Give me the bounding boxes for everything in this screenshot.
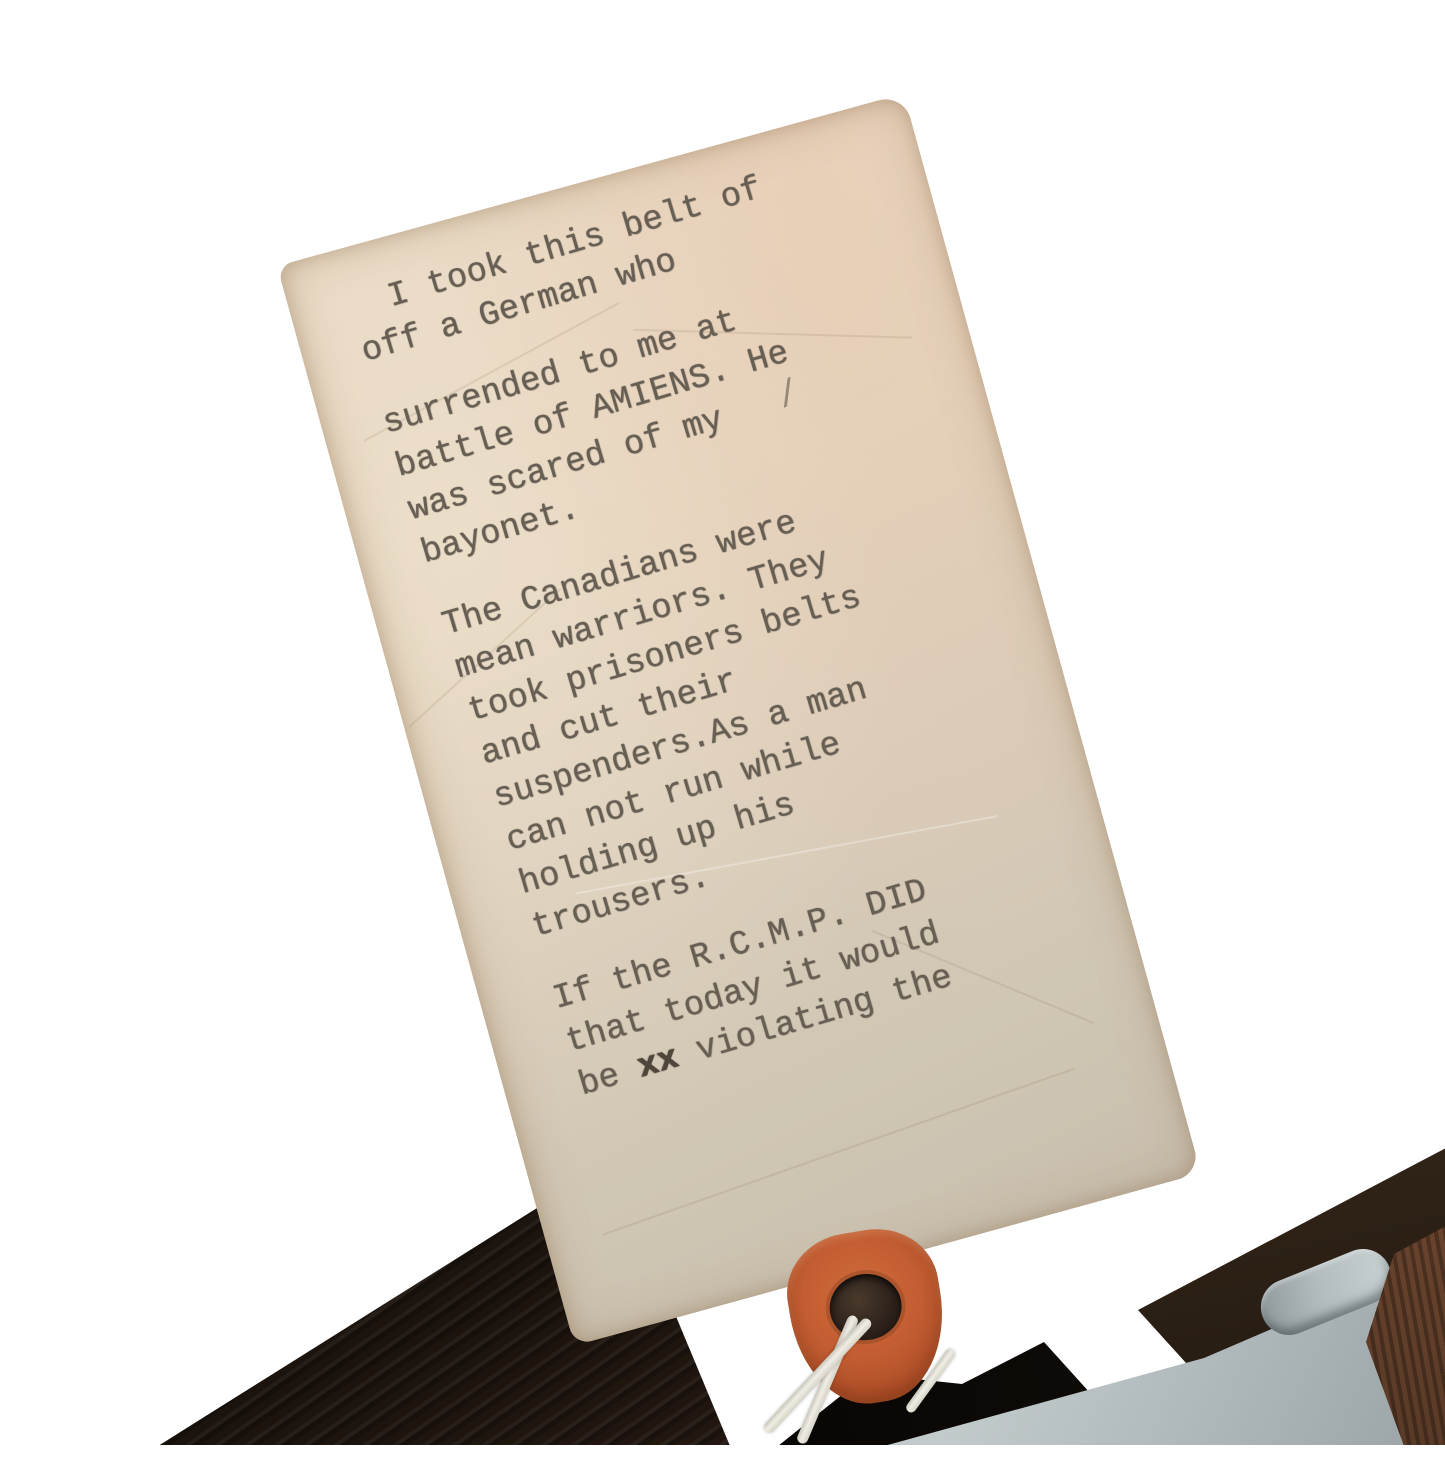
grommet-hole	[825, 1268, 907, 1345]
strikeover-mark: xx	[633, 1040, 683, 1088]
photo-scene: I took this belt ofoff a German whosurre…	[0, 0, 1445, 1445]
paragraph: The Canadians weremean warriors. Theytoo…	[437, 484, 950, 951]
tag-text: I took this belt ofoff a German whosurre…	[344, 167, 1006, 1137]
paper-tag: I took this belt ofoff a German whosurre…	[277, 93, 1201, 1345]
